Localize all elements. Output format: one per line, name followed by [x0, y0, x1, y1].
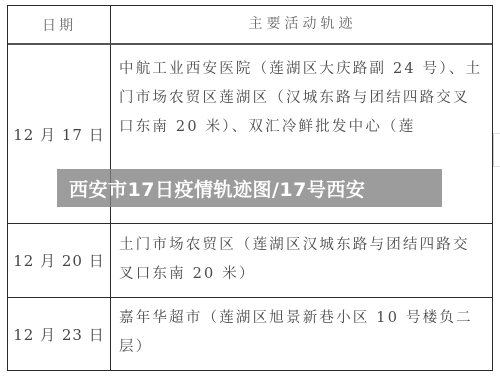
row-date: 12 月 20 日: [8, 224, 110, 297]
activity-text: 土门市场农贸区（莲湖区汉城东路与团结四路交叉口东南 20 米）: [119, 231, 486, 289]
header-activity: 主要活动轨迹: [111, 6, 492, 43]
header-date: 日期: [8, 6, 110, 43]
row-activity: 嘉年华超市（莲湖区旭景新巷小区 10 号楼负二层）: [111, 298, 492, 371]
title-banner: 西安市17日疫情轨迹图/17号西安: [57, 169, 442, 207]
row-activity: 土门市场农贸区（莲湖区汉城东路与团结四路交叉口东南 20 米）: [111, 224, 492, 297]
row-date: 12 月 23 日: [8, 298, 110, 371]
activity-text: 嘉年华超市（莲湖区旭景新巷小区 10 号楼负二层）: [119, 304, 486, 362]
activity-text: 中航工业西安医院（莲湖区大庆路副 24 号）、土门市场农贸区莲湖区（汉城东路与团…: [119, 55, 486, 142]
page-edge-marker: [493, 133, 500, 167]
